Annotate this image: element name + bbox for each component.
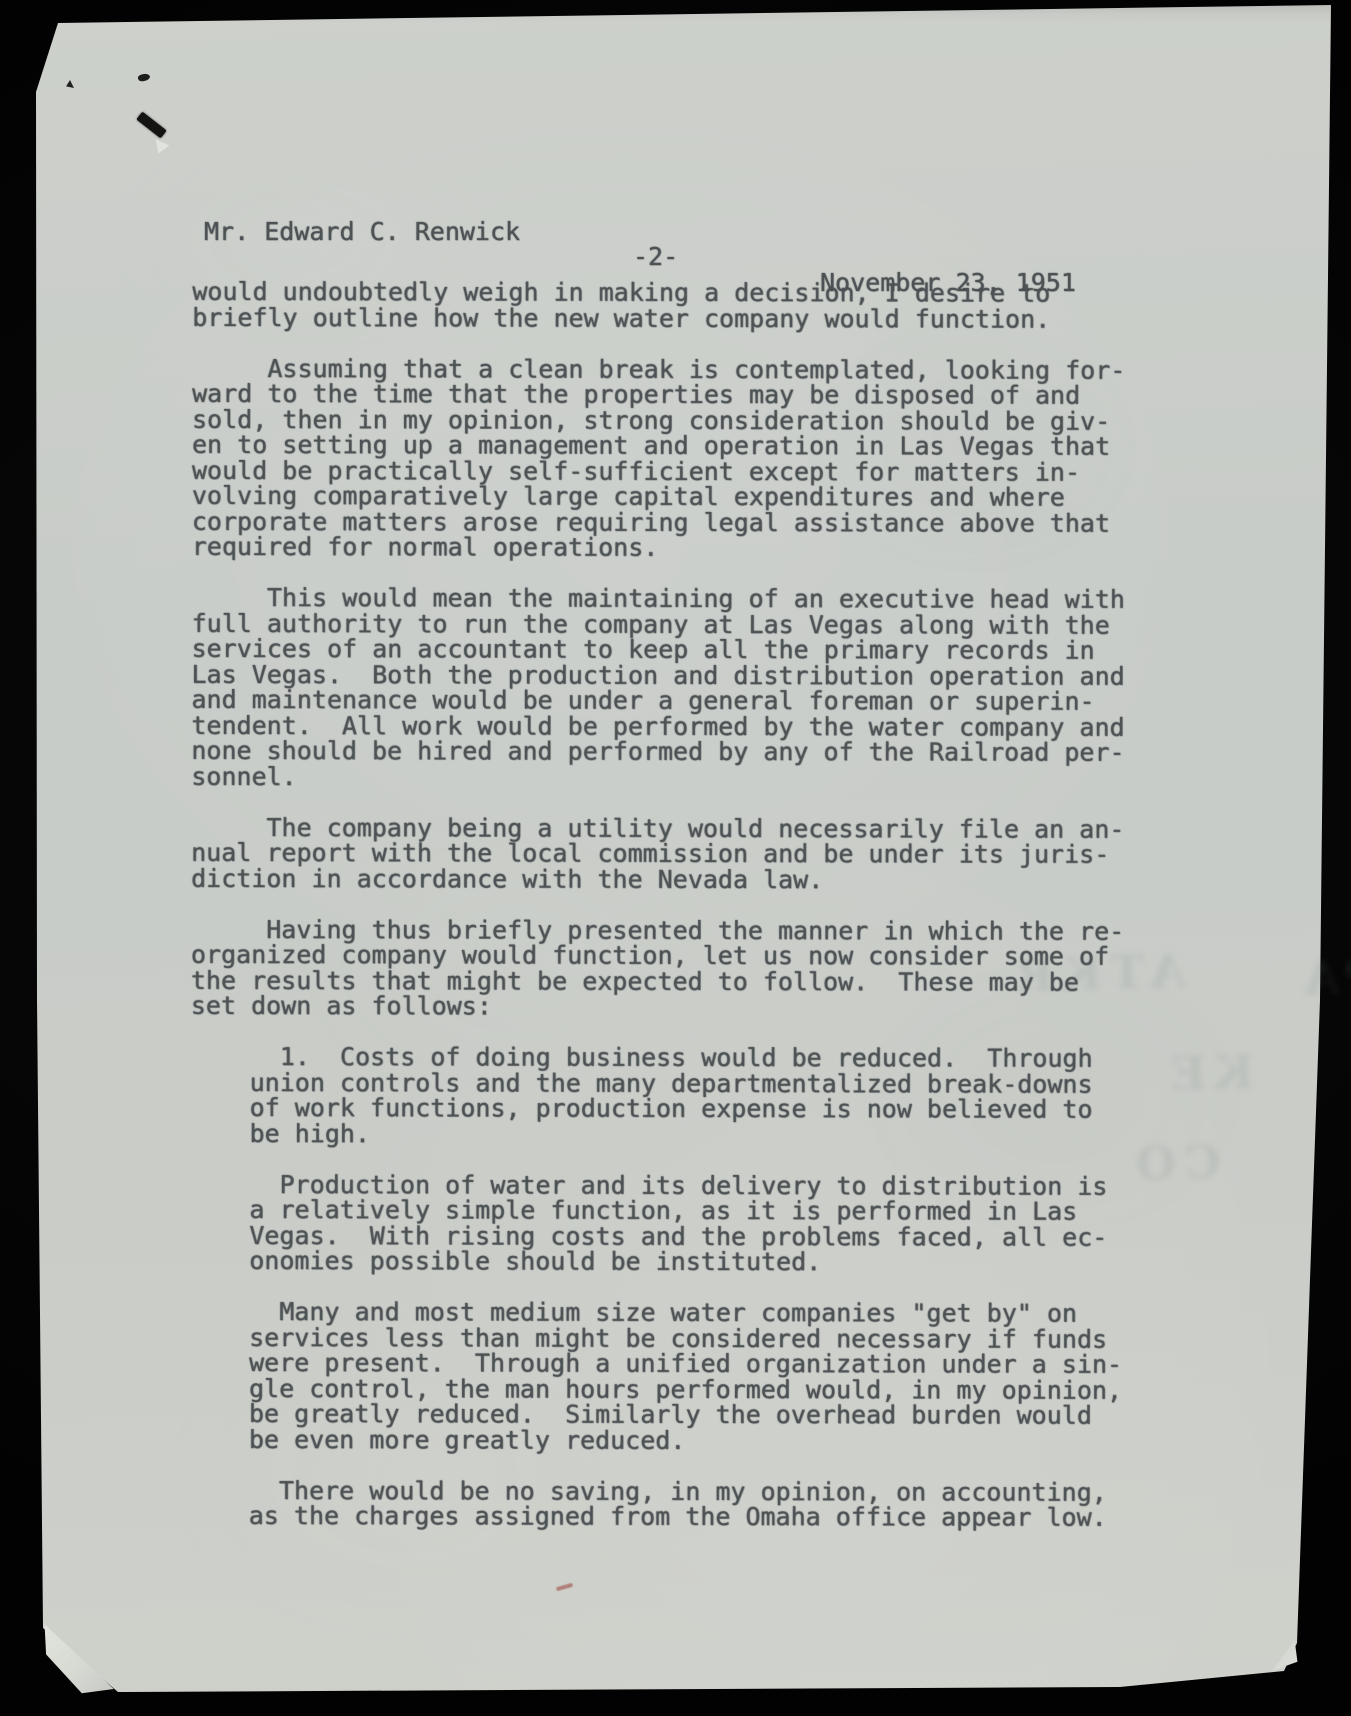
typed-paragraph: would undoubtedly weigh in making a deci…: [192, 279, 1252, 332]
typed-paragraph: This would mean the maintaining of an ex…: [191, 585, 1251, 791]
letter-body: would undoubtedly weigh in making a deci…: [190, 279, 1253, 1556]
typed-paragraph: There would be no saving, in my opinion,…: [249, 1478, 1250, 1531]
page-number: -2-: [633, 244, 678, 270]
typed-paragraph: The company being a utility would necess…: [191, 814, 1251, 893]
typed-paragraph: Assuming that a clean break is contempla…: [192, 355, 1252, 561]
typed-paragraph: 1. Costs of doing business would be redu…: [250, 1044, 1251, 1148]
typed-paragraph: Having thus briefly presented the manner…: [191, 916, 1251, 1020]
typed-paragraph: Many and most medium size water companie…: [249, 1299, 1250, 1454]
addressee: Mr. Edward C. Renwick: [204, 219, 520, 245]
scan-background: ATKR PA KE CO Mr. Edward C. Renwick -2- …: [0, 0, 1351, 1716]
numbered-section: 1. Costs of doing business would be redu…: [249, 1044, 1251, 1531]
typed-header: Mr. Edward C. Renwick -2- November 23, 1…: [0, 193, 1351, 223]
typed-paragraph: Production of water and its delivery to …: [249, 1172, 1250, 1276]
